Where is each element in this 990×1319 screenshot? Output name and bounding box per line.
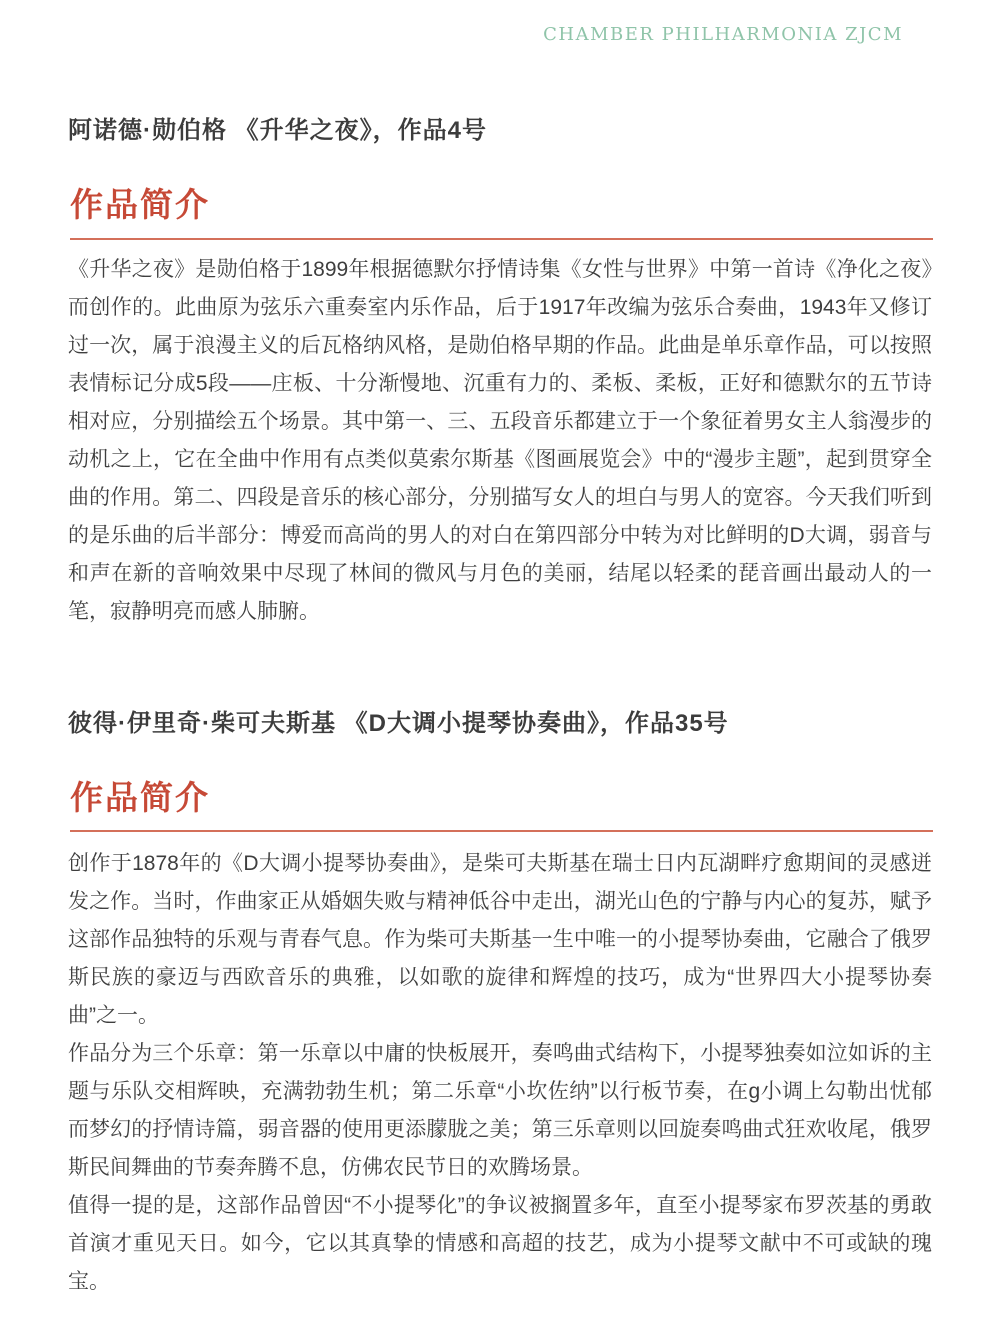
paragraph: 《升华之夜》是勋伯格于1899年根据德默尔抒情诗集《女性与世界》中第一首诗《净化… xyxy=(68,251,932,631)
section-divider-2 xyxy=(70,830,933,832)
paragraph: 值得一提的是，这部作品曾因“不小提琴化”的争议被搁置多年，直至小提琴家布罗茨基的… xyxy=(68,1187,932,1301)
work-title-tchaikovsky: 彼得·伊里奇·柴可夫斯基 《D大调小提琴协奏曲》，作品35号 xyxy=(68,703,932,738)
section-divider-1 xyxy=(70,238,933,240)
section-label-intro-2: 作品简介 xyxy=(70,772,210,819)
work-description-schoenberg: 《升华之夜》是勋伯格于1899年根据德默尔抒情诗集《女性与世界》中第一首诗《净化… xyxy=(68,251,932,631)
brand-header: CHAMBER PHILHARMONIA ZJCM xyxy=(543,24,903,45)
section-label-intro-1: 作品简介 xyxy=(70,179,210,226)
work-title-schoenberg: 阿诺德·勋伯格 《升华之夜》，作品4号 xyxy=(68,110,932,145)
paragraph: 创作于1878年的《D大调小提琴协奏曲》，是柴可夫斯基在瑞士日内瓦湖畔疗愈期间的… xyxy=(68,845,932,1035)
work-description-tchaikovsky: 创作于1878年的《D大调小提琴协奏曲》，是柴可夫斯基在瑞士日内瓦湖畔疗愈期间的… xyxy=(68,845,932,1301)
paragraph: 作品分为三个乐章：第一乐章以中庸的快板展开，奏鸣曲式结构下，小提琴独奏如泣如诉的… xyxy=(68,1035,932,1187)
program-notes-page: CHAMBER PHILHARMONIA ZJCM 阿诺德·勋伯格 《升华之夜》… xyxy=(0,0,990,1319)
